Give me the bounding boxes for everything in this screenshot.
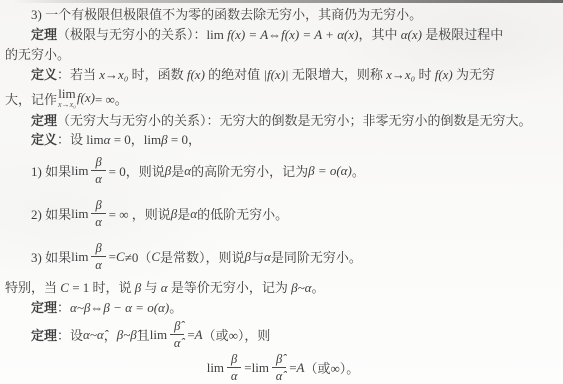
- lim-operator: lim: [207, 360, 224, 376]
- text-run: 时，函数: [128, 67, 187, 82]
- text-run: ，其中: [358, 27, 400, 42]
- para-case-2: 2) 如果 limβα = ∞ ，则说 β 是 α 的低阶无穷小。: [5, 192, 561, 235]
- fraction-denominator: α̂: [272, 368, 286, 383]
- definition-label: 定义: [31, 67, 57, 82]
- text-run: 是: [171, 161, 184, 180]
- math-run: β = o(α): [308, 163, 352, 179]
- text-run: ：: [57, 300, 70, 315]
- text-run: 。: [169, 300, 182, 315]
- math-run: α: [184, 163, 191, 179]
- text-run: 1) 如果: [31, 161, 71, 180]
- math-run: α: [190, 206, 197, 222]
- text-run: 是极限过程中: [422, 27, 503, 42]
- text-run: （极限与无穷小的关系）：: [57, 27, 207, 42]
- text-run: 的低阶无穷小。: [197, 204, 288, 223]
- text-run: 与: [251, 247, 264, 266]
- fraction-numerator: β̂: [170, 319, 184, 335]
- math-run: f(x): [435, 67, 453, 82]
- para-def-orders: 定义：设 limα = 0，limβ = 0，: [5, 130, 561, 149]
- scan-top-edge: [0, 0, 563, 3]
- fraction: β̂α̂: [272, 352, 286, 384]
- math-run: A: [297, 360, 305, 376]
- text-run: 2) 如果: [31, 204, 71, 223]
- text-run: 的高阶无穷小，记为: [191, 161, 308, 180]
- math-run: A: [195, 327, 203, 343]
- text-run: =: [289, 360, 296, 376]
- text-run: 特别，当: [5, 280, 60, 295]
- text-run: =: [244, 360, 251, 376]
- theorem-label: 定理: [31, 113, 57, 128]
- math-run: α: [264, 249, 271, 265]
- text-run: 3) 如果: [31, 247, 71, 266]
- text-run: 是: [177, 204, 190, 223]
- theorem-label: 定理: [31, 300, 57, 315]
- math-run: = ∞。: [95, 89, 128, 108]
- fraction-numerator: β: [91, 241, 105, 257]
- text-run: 的绝对值: [205, 67, 264, 82]
- text-run: （无穷大与无穷小的关系）：无穷大的倒数是无穷小；非零无穷小的倒数是无穷大。: [57, 113, 532, 128]
- para-formula-substitution: limβα = limβ̂α̂ = A（或∞）。: [5, 351, 561, 384]
- fraction-denominator: α̂: [170, 335, 184, 350]
- fraction: βα: [91, 241, 105, 273]
- text-run: = 1 时，说: [69, 280, 135, 295]
- text-run: 的无穷小。: [5, 47, 70, 62]
- text-run: 是等价无穷小，记为: [168, 280, 292, 295]
- math-run: f(x): [77, 90, 95, 106]
- fraction-denominator: α: [91, 171, 105, 186]
- textbook-page: 3) 一个有极限但极限值不为零的函数去除无穷小，其商仍为无穷小。 定理（极限与无…: [0, 0, 563, 384]
- lim-operator: lim: [71, 206, 88, 222]
- math-run: f(x): [187, 67, 205, 82]
- text-run: 。: [352, 161, 365, 180]
- para-def-infinity: 定义：若当 x→x₀ 时，函数 f(x) 的绝对值 |f(x)| 无限增大，则称…: [5, 65, 561, 85]
- lim-subscript: x→x₀: [58, 101, 76, 109]
- text-run: 3) 一个有极限但极限值不为零的函数去除无穷小，其商仍为无穷小。: [31, 7, 422, 22]
- math-run: x→x₀: [386, 67, 415, 82]
- theorem-label: 定理: [31, 325, 57, 344]
- math-run: α(x): [401, 27, 422, 42]
- math-run: β~β̂: [117, 327, 137, 343]
- para-notation-infinity: 大，记作limx→x₀ f(x) = ∞。: [5, 85, 561, 111]
- para-case-1: 1) 如果 limβα = 0，则说 β 是 α 的高阶无穷小，记为 β = o…: [5, 149, 561, 192]
- text-run: ，: [104, 325, 117, 344]
- fraction-numerator: β̂: [272, 352, 286, 368]
- fraction-numerator: β: [91, 198, 105, 214]
- lim-operator: lim: [207, 27, 228, 42]
- fraction-denominator: α: [227, 368, 241, 383]
- fraction-denominator: α: [91, 214, 105, 229]
- fraction: βα: [91, 155, 105, 187]
- text-run: ：设: [57, 132, 86, 147]
- text-run: （或∞），则: [203, 325, 271, 344]
- para-continuation: 的无穷小。: [5, 45, 561, 65]
- math-run: β~α: [291, 280, 311, 295]
- fraction: β̂α̂: [170, 319, 184, 351]
- text-run: =: [187, 327, 194, 343]
- text-run: = 0，: [168, 132, 201, 147]
- para-theorem-substitution: 定理：设 α~α̂，β~β̂ 且 limβ̂α̂ = A（或∞），则: [5, 318, 561, 351]
- lim-operator: limx→x₀: [58, 87, 76, 110]
- lim-operator: lim: [71, 163, 88, 179]
- text-run: 与: [141, 280, 161, 295]
- text-run: =: [109, 249, 116, 265]
- definition-label: 定义: [31, 132, 57, 147]
- math-run: α: [161, 280, 168, 295]
- text-run: 是同阶无穷小。: [271, 247, 362, 266]
- math-run: α~β⇔β − α = o(α): [70, 300, 169, 315]
- text-run: = 0，则说: [109, 161, 165, 180]
- para-item-3: 3) 一个有极限但极限值不为零的函数去除无穷小，其商仍为无穷小。: [5, 5, 561, 25]
- para-equivalent-special: 特别，当 C = 1 时，说 β 与 α 是等价无穷小，记为 β~α。: [5, 278, 561, 297]
- math-run: f(x) = A⇔f(x) = A + α(x): [227, 27, 358, 42]
- text-run: ：若当: [57, 67, 99, 82]
- theorem-label: 定理: [31, 27, 57, 42]
- fraction: βα: [227, 352, 241, 384]
- text-run: 。: [311, 280, 324, 295]
- text-run: ：设: [57, 325, 83, 344]
- text-run: （或∞）。: [305, 358, 360, 377]
- math-run: |f(x)|: [263, 67, 288, 82]
- lim-operator: lim: [71, 249, 88, 265]
- math-run: C: [116, 249, 125, 265]
- para-case-3: 3) 如果 limβα = C≠0（C 是常数），则说 β 与 α 是同阶无穷小…: [5, 235, 561, 278]
- text-run: 无限增大，则称: [289, 67, 387, 82]
- lim-operator: lim: [144, 132, 161, 147]
- text-run: 且: [137, 325, 150, 344]
- text-run: 大，记作: [5, 89, 57, 108]
- math-run: C: [151, 249, 160, 265]
- fraction-numerator: β: [91, 155, 105, 171]
- math-run: α~α̂: [83, 327, 104, 343]
- para-theorem-equivalence: 定理：α~β⇔β − α = o(α)。: [5, 297, 561, 318]
- fraction-denominator: α: [91, 257, 105, 272]
- lim-operator: lim: [86, 132, 103, 147]
- text-run: 为无穷: [453, 67, 495, 82]
- lim-operator: lim: [252, 360, 269, 376]
- para-theorem-reciprocal: 定理（无穷大与无穷小的关系）：无穷大的倒数是无穷小；非零无穷小的倒数是无穷大。: [5, 111, 561, 130]
- math-run: x→x₀: [99, 67, 128, 82]
- text-run: = 0，: [110, 132, 143, 147]
- fraction-numerator: β: [227, 352, 241, 368]
- math-run: C: [60, 280, 69, 295]
- text-run: 是常数），则说: [160, 247, 245, 266]
- para-theorem-limit-infinitesimal: 定理（极限与无穷小的关系）：lim f(x) = A⇔f(x) = A + α(…: [5, 25, 561, 45]
- lim-operator: lim: [150, 327, 167, 343]
- text-run: = ∞ ，则说: [109, 204, 171, 223]
- fraction: βα: [91, 198, 105, 230]
- text-run: 时: [415, 67, 435, 82]
- text-run: ≠0（: [125, 247, 152, 266]
- lim-text: lim: [58, 87, 76, 101]
